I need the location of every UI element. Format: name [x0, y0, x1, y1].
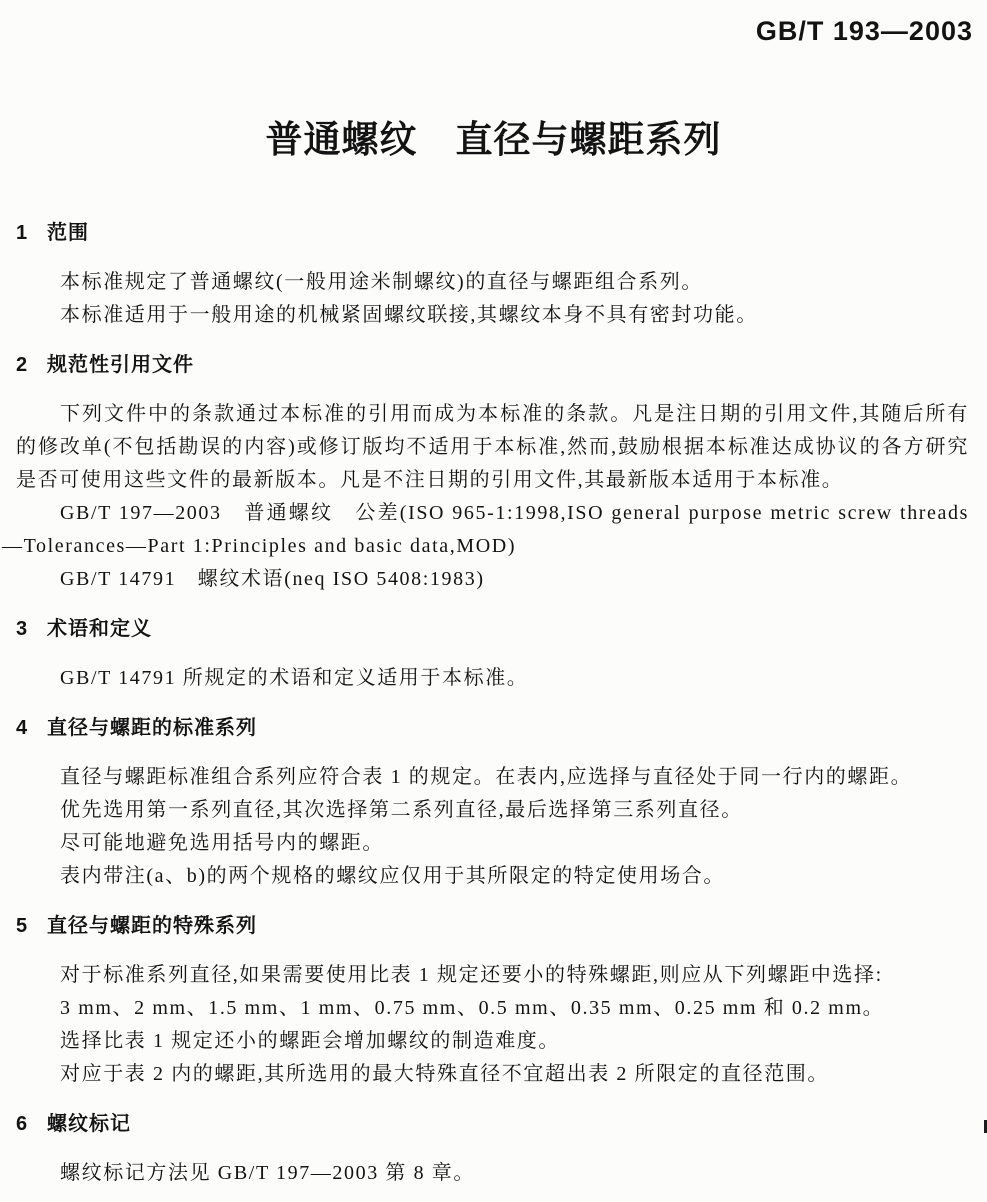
section-heading: 2规范性引用文件 — [16, 352, 969, 378]
section-thread-designation: 6螺纹标记 螺纹标记方法见 GB/T 197—2003 第 8 章。 — [16, 1111, 969, 1190]
reference-entry: GB/T 14791 螺纹术语(neq ISO 5408:1983) — [2, 563, 969, 596]
section-heading: 5直径与螺距的特殊系列 — [16, 913, 969, 939]
section-number: 2 — [16, 352, 47, 378]
paragraph: 直径与螺距标准组合系列应符合表 1 的规定。在表内,应选择与直径处于同一行内的螺… — [16, 761, 969, 794]
section-heading-text: 直径与螺距的标准系列 — [47, 717, 257, 739]
section-heading-text: 规范性引用文件 — [47, 354, 194, 376]
section-number: 6 — [16, 1111, 47, 1137]
paragraph: 尽可能地避免选用括号内的螺距。 — [16, 827, 969, 860]
section-scope: 1范围 本标准规定了普通螺纹(一般用途米制螺纹)的直径与螺距组合系列。 本标准适… — [16, 220, 969, 332]
paragraph: 3 mm、2 mm、1.5 mm、1 mm、0.75 mm、0.5 mm、0.3… — [16, 992, 969, 1025]
section-heading: 3术语和定义 — [16, 616, 969, 642]
paragraph: 表内带注(a、b)的两个规格的螺纹应仅用于其所限定的特定使用场合。 — [16, 860, 969, 893]
section-heading-text: 直径与螺距的特殊系列 — [47, 915, 257, 937]
section-number: 4 — [16, 715, 47, 741]
document-title: 普通螺纹 直径与螺距系列 — [0, 118, 987, 162]
section-special-series: 5直径与螺距的特殊系列 对于标准系列直径,如果需要使用比表 1 规定还要小的特殊… — [16, 913, 969, 1091]
section-heading: 4直径与螺距的标准系列 — [16, 715, 969, 741]
paragraph: 下列文件中的条款通过本标准的引用而成为本标准的条款。凡是注日期的引用文件,其随后… — [16, 398, 969, 497]
paragraph: GB/T 14791 所规定的术语和定义适用于本标准。 — [16, 662, 969, 695]
paragraph: 优先选用第一系列直径,其次选择第二系列直径,最后选择第三系列直径。 — [16, 794, 969, 827]
section-number: 1 — [16, 220, 47, 246]
document-page: GB/T 193—2003 普通螺纹 直径与螺距系列 1范围 本标准规定了普通螺… — [0, 0, 987, 1202]
paragraph: 对于标准系列直径,如果需要使用比表 1 规定还要小的特殊螺距,则应从下列螺距中选… — [16, 959, 969, 992]
paragraph: 对应于表 2 内的螺距,其所选用的最大特殊直径不宜超出表 2 所限定的直径范围。 — [16, 1058, 969, 1091]
section-terms-definitions: 3术语和定义 GB/T 14791 所规定的术语和定义适用于本标准。 — [16, 616, 969, 695]
section-normative-references: 2规范性引用文件 下列文件中的条款通过本标准的引用而成为本标准的条款。凡是注日期… — [16, 352, 969, 596]
section-heading: 6螺纹标记 — [16, 1111, 969, 1137]
paragraph: 选择比表 1 规定还小的螺距会增加螺纹的制造难度。 — [16, 1025, 969, 1058]
paragraph: 本标准适用于一般用途的机械紧固螺纹联接,其螺纹本身不具有密封功能。 — [16, 299, 969, 332]
section-heading: 1范围 — [16, 220, 969, 246]
reference-entry: GB/T 197—2003 普通螺纹 公差(ISO 965-1:1998,ISO… — [2, 497, 969, 563]
document-body: 1范围 本标准规定了普通螺纹(一般用途米制螺纹)的直径与螺距组合系列。 本标准适… — [0, 220, 987, 1190]
section-heading-text: 螺纹标记 — [47, 1113, 131, 1135]
paragraph: 本标准规定了普通螺纹(一般用途米制螺纹)的直径与螺距组合系列。 — [16, 266, 969, 299]
section-heading-text: 范围 — [47, 222, 89, 244]
section-number: 5 — [16, 913, 47, 939]
section-standard-series: 4直径与螺距的标准系列 直径与螺距标准组合系列应符合表 1 的规定。在表内,应选… — [16, 715, 969, 893]
standard-number: GB/T 193—2003 — [0, 16, 973, 46]
paragraph: 螺纹标记方法见 GB/T 197—2003 第 8 章。 — [16, 1157, 969, 1190]
section-number: 3 — [16, 616, 47, 642]
section-heading-text: 术语和定义 — [47, 618, 152, 640]
